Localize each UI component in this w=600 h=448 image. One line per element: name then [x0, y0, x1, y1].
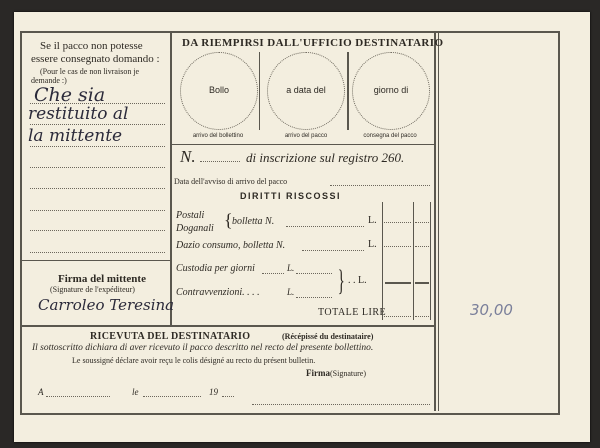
stamp-divider-1 [259, 52, 260, 130]
divider-left [170, 33, 172, 325]
brace-right-icon: } [338, 264, 345, 298]
write-line-8 [30, 252, 165, 253]
handwritten-amount: 30,00 [470, 301, 513, 319]
amount-box-mid [413, 202, 414, 320]
fee-label-dazio: Dazio consumo, bolletta N. [176, 240, 285, 251]
stamp-label-bollo: Bollo [181, 85, 257, 95]
write-line-5 [30, 188, 165, 189]
register-number-field [200, 161, 240, 162]
stamp-label-arrival: a data del [268, 85, 344, 95]
fee-field-custodia [296, 273, 332, 274]
fee-subcurrency-contravvenzioni: L. [287, 287, 294, 297]
arrival-notice-field [330, 185, 430, 186]
fee-subcurrency-custodia: L. [287, 263, 294, 273]
register-prefix: N. [180, 147, 196, 167]
divider-receipt [22, 325, 434, 327]
write-line-7 [30, 230, 165, 231]
divider-right [434, 33, 436, 411]
receipt-place-field [46, 396, 110, 397]
divider-signature [22, 260, 170, 261]
stamp-caption-arrival: arrivo del pacco [266, 133, 346, 139]
amount-line-2a [384, 246, 411, 247]
amount-line-2b [415, 246, 429, 247]
fee-label-contravvenzioni: Contravvenzioni. . . . [176, 287, 260, 298]
receipt-signature-label: Firma [306, 368, 330, 378]
handwritten-line-3: la mittente [28, 126, 122, 146]
arrival-notice-label: Data dell'avviso di arrivo del pacco [174, 177, 287, 186]
fee-currency-4: . . L. [348, 275, 367, 286]
sender-signature-label: Firma del mittente [58, 273, 146, 285]
stamp-circle-arrival: a data del [267, 52, 345, 130]
receipt-signature-label-fr: (Signature) [330, 369, 366, 378]
fees-title: DIRITTI RISCOSSI [240, 191, 341, 201]
stamp-circle-bollo: Bollo [180, 52, 258, 130]
fee-field-bolletta [286, 226, 364, 227]
handwritten-line-2: restituito al [28, 104, 128, 124]
stamp-caption-delivery: consegna del pacco [350, 133, 430, 139]
stamp-label-delivery: giorno di [353, 85, 429, 95]
fee-field-custodia-days [262, 273, 284, 274]
receipt-date-prefix: le [132, 387, 139, 397]
amount-total-b [415, 316, 429, 317]
stamp-caption-bollo: arrivo del bollettino [178, 133, 258, 139]
sender-signature: Carroleo Teresina [38, 296, 174, 314]
write-line-6 [30, 210, 165, 211]
fee-label-doganali: Doganali [176, 223, 214, 234]
fee-label-postali: Postali [176, 210, 204, 221]
fee-currency-2: L. [368, 239, 377, 250]
stamp-circle-delivery: giorno di [352, 52, 430, 130]
divider-register [172, 144, 434, 145]
amount-subtotal-a [385, 282, 411, 284]
fee-currency-1: L. [368, 215, 377, 226]
amount-line-1b [415, 222, 429, 223]
receipt-signature-field [252, 404, 430, 405]
fee-detail-bolletta: bolletta N. [232, 216, 274, 227]
write-line-2 [30, 124, 165, 125]
office-panel-title: DA RIEMPIRSI DALL'UFFICIO DESTINATARIO [182, 37, 443, 49]
instruction-it-1: Se il pacco non potesse [40, 40, 143, 52]
fee-field-dazio [302, 250, 364, 251]
stamp-divider-2 [347, 52, 349, 130]
fee-label-custodia: Custodia per giorni [176, 263, 255, 274]
receipt-declaration-it: Il sottoscritto dichiara di aver ricevut… [32, 343, 373, 353]
sender-signature-label-fr: (Signature de l'expéditeur) [50, 285, 135, 294]
divider-right-inner [438, 33, 439, 411]
amount-box-right [430, 202, 431, 320]
amount-subtotal-b [415, 282, 429, 284]
register-text: di inscrizione sul registro 260. [246, 150, 404, 166]
receipt-title-fr: (Récépissé du destinataire) [282, 332, 373, 341]
fee-field-contravvenzioni [296, 297, 332, 298]
receipt-year-prefix: 19 [209, 387, 218, 397]
write-line-4 [30, 167, 165, 168]
write-line-3 [30, 146, 165, 147]
amount-box-left [382, 202, 383, 320]
receipt-year-field [222, 396, 234, 397]
receipt-title: RICEVUTA DEL DESTINATARIO [90, 331, 250, 342]
instruction-it-2: essere consegnato domando : [31, 53, 160, 65]
instruction-fr-1: (Pour le cas de non livraison je [40, 67, 139, 76]
receipt-date-field [143, 396, 201, 397]
amount-line-1a [384, 222, 411, 223]
receipt-declaration-fr: Le soussigné déclare avoir reçu le colis… [72, 356, 315, 365]
total-label: TOTALE LIRE [318, 307, 386, 318]
receipt-place-prefix: A [38, 387, 44, 397]
amount-total-a [384, 316, 411, 317]
